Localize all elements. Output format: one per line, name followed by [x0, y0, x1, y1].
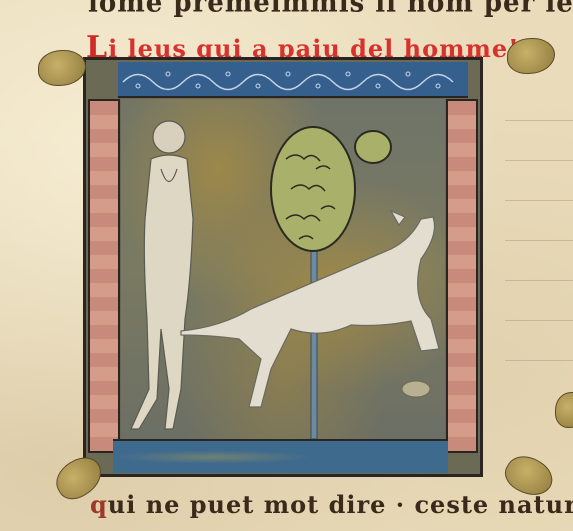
ruling-line	[505, 320, 573, 321]
ruling-line	[505, 360, 573, 361]
ruling-line	[505, 120, 573, 121]
scene-illustration	[121, 99, 445, 439]
ruling-line	[505, 240, 573, 241]
ruling-line	[505, 280, 573, 281]
small-bush	[402, 381, 430, 397]
left-border	[88, 99, 120, 453]
ground-band	[113, 439, 448, 473]
bottom-text: ui ne puet mot dire · ceste nature si	[108, 490, 573, 519]
right-border	[446, 99, 478, 453]
top-text-line: lome premeimmis li hom per le nois	[88, 0, 573, 19]
bottom-initial: q	[90, 490, 108, 519]
miniature-frame	[83, 57, 483, 477]
miniature-scene	[121, 99, 445, 439]
ruling-line	[505, 160, 573, 161]
ruling-line	[505, 200, 573, 201]
standing-man-figure	[131, 121, 193, 429]
wave-band-top	[118, 62, 468, 98]
wave-pattern-icon	[118, 62, 468, 96]
bottom-text-line: qui ne puet mot dire · ceste nature si	[90, 490, 573, 519]
